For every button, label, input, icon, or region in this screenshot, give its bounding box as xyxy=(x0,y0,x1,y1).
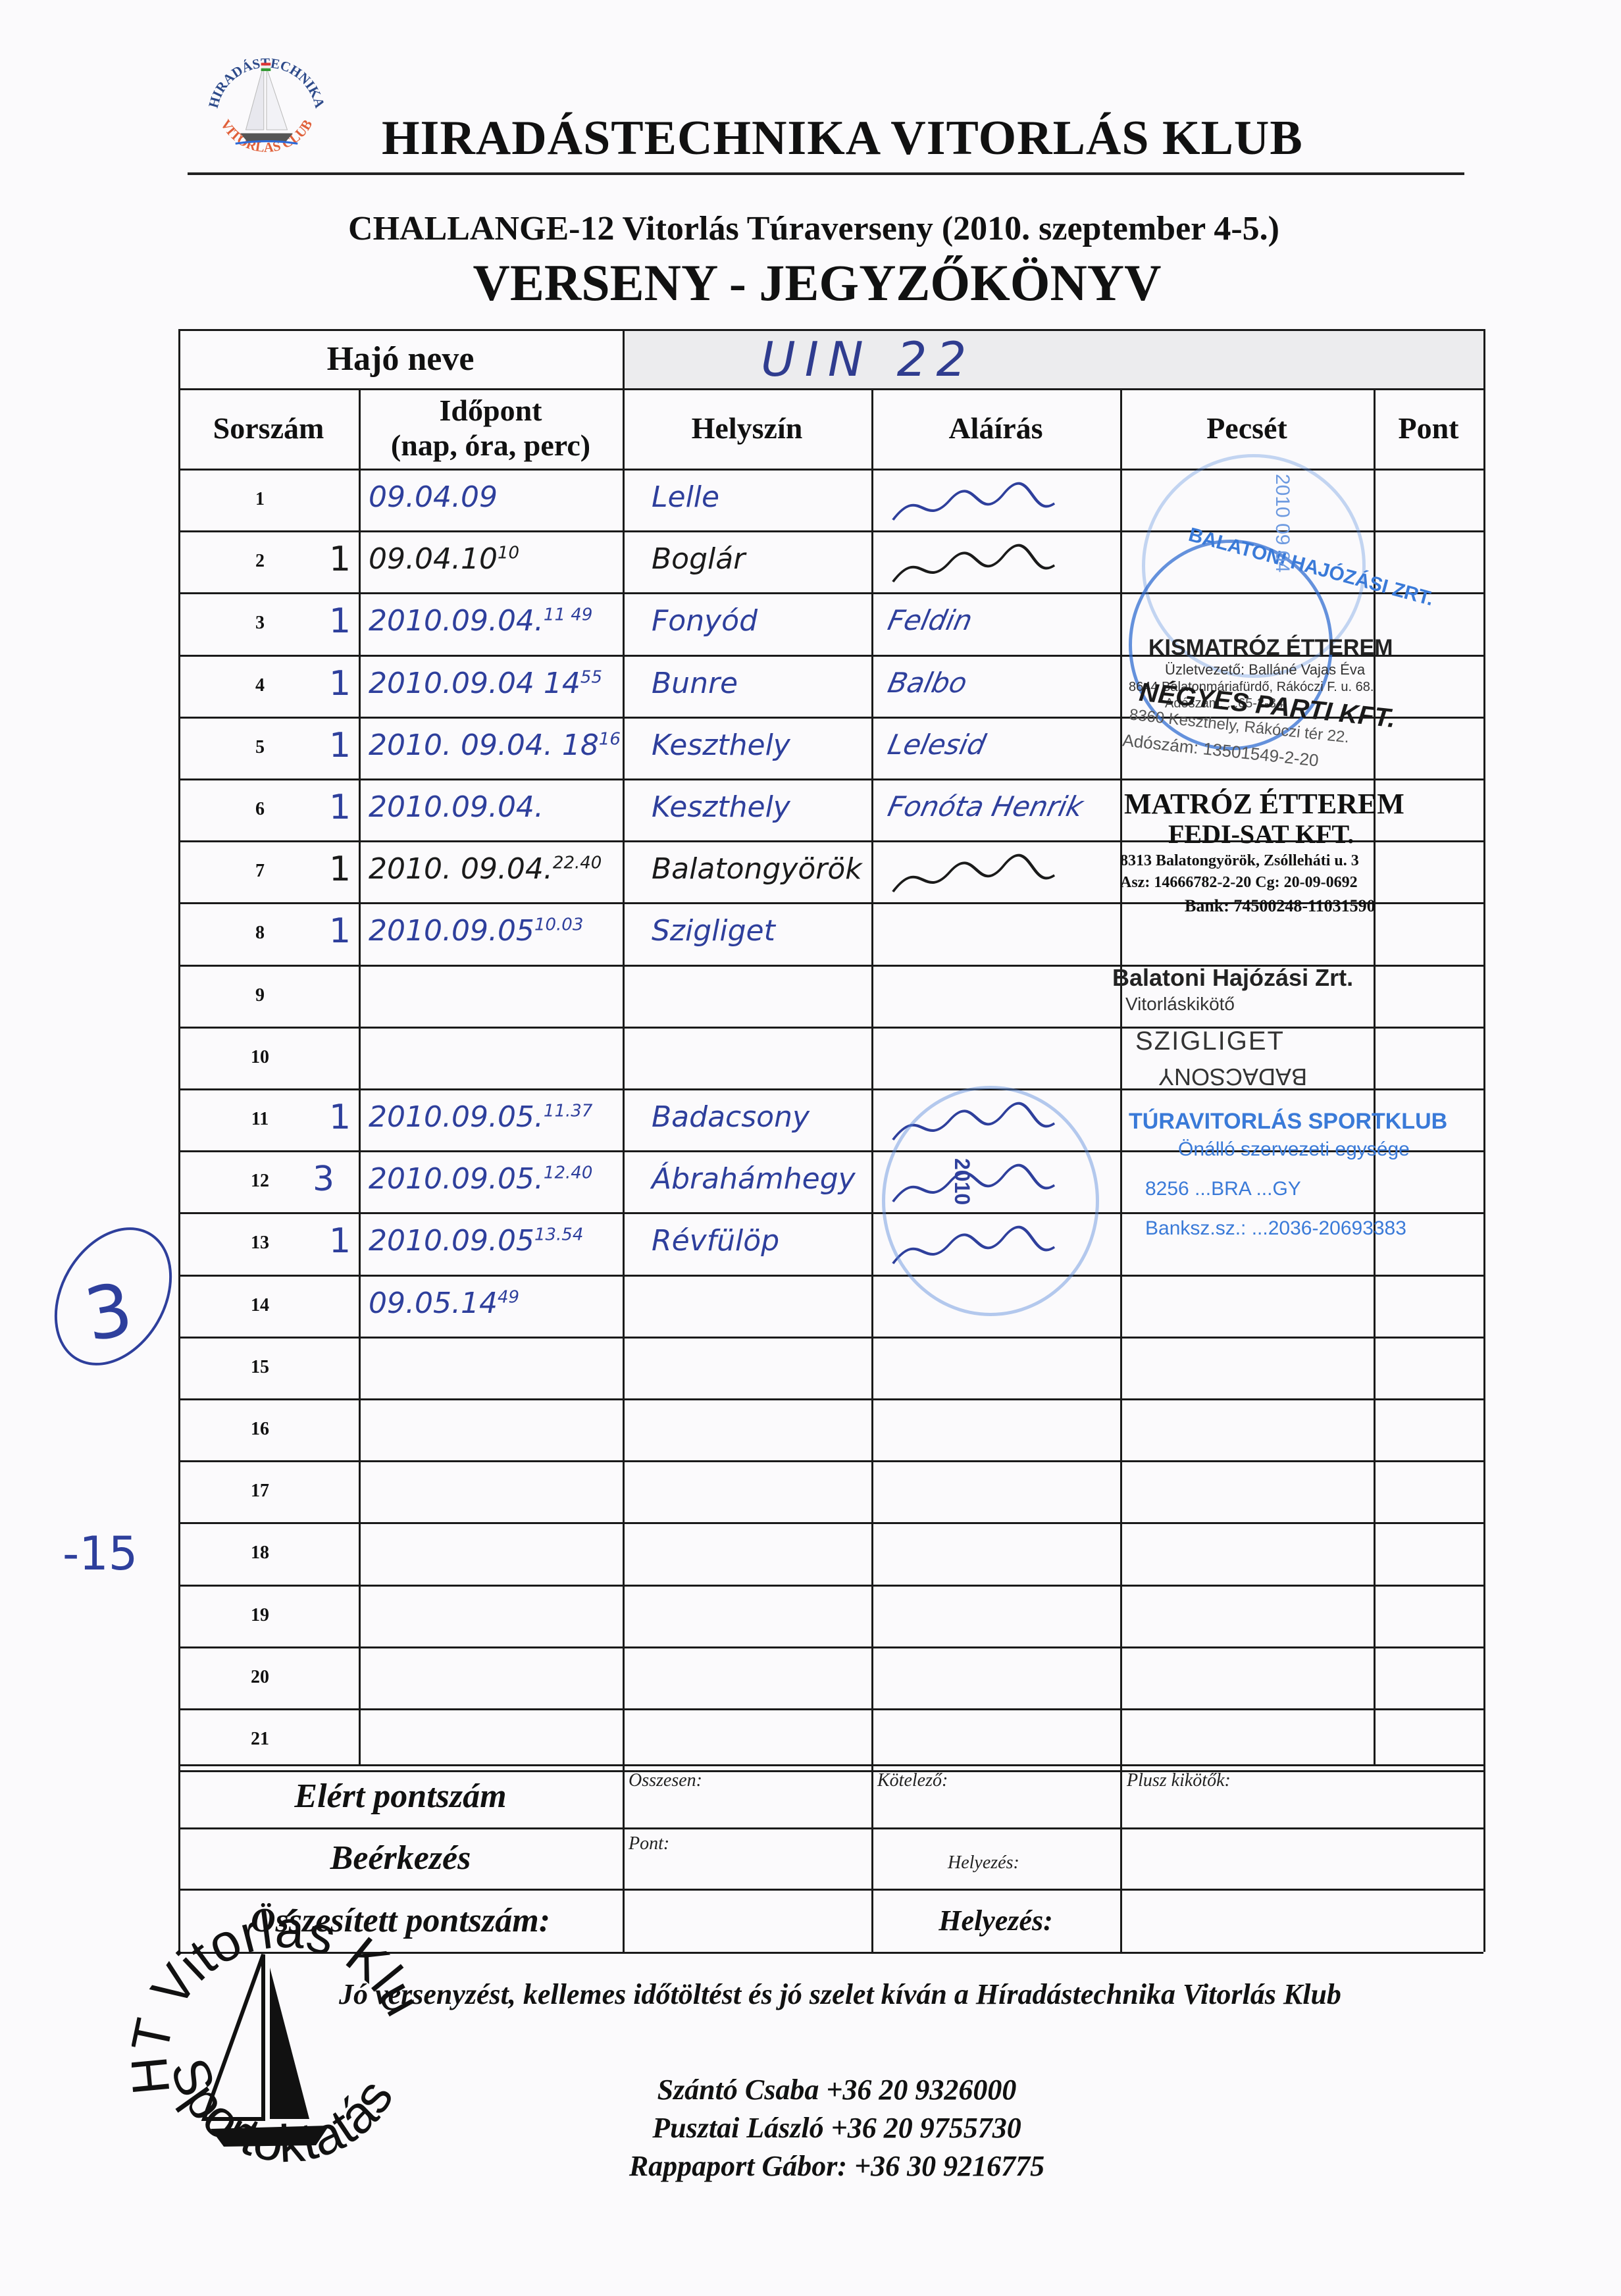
time-value: 2010. 09.04. 18 xyxy=(369,728,599,762)
row-number: 16 xyxy=(211,1398,309,1460)
column-header-number: Sorszám xyxy=(178,388,359,469)
row-number: 6 xyxy=(211,778,309,840)
boat-name-field[interactable]: UIN 22 xyxy=(623,329,1483,388)
zrt-stamp-sub: Vitorláskikötő xyxy=(1125,994,1235,1015)
boat-name-label: Hajó neve xyxy=(178,329,623,388)
event-title: CHALLANGE-12 Vitorlás Túraverseny (2010.… xyxy=(0,209,1621,248)
zrt-stamp-name: Balatoni Hajózási Zrt. xyxy=(1112,964,1353,992)
points-cell[interactable] xyxy=(1374,902,1483,964)
arrival-placing-field[interactable] xyxy=(871,1827,1483,1889)
location-cell[interactable]: Révfülöp xyxy=(652,1224,779,1258)
signature-cell[interactable]: Balbo xyxy=(885,667,970,699)
time-cell[interactable]: 2010.09.04.11 49 xyxy=(369,604,592,638)
time-minutes: 16 xyxy=(599,729,621,749)
row-number: 14 xyxy=(211,1275,309,1337)
time-cell[interactable]: 2010.09.05.11.37 xyxy=(369,1100,592,1134)
row-number: 12 xyxy=(211,1150,309,1212)
time-value: 2010.09.05 xyxy=(369,914,534,948)
time-cell[interactable]: 09.04.1010 xyxy=(369,542,519,576)
points-cell[interactable] xyxy=(1374,1646,1483,1708)
time-cell[interactable]: 2010.09.05.12.40 xyxy=(369,1162,592,1196)
grid-line xyxy=(1483,329,1485,1952)
signature-scribble-icon xyxy=(884,542,1066,595)
location-cell[interactable]: Badacsony xyxy=(652,1100,810,1134)
time-cell[interactable]: 2010.09.0510.03 xyxy=(369,914,583,948)
grid-line xyxy=(178,1398,1483,1400)
row-number: 3 xyxy=(211,592,309,654)
row-number: 13 xyxy=(211,1212,309,1274)
grid-line xyxy=(178,329,1483,331)
turaklub-stamp-sub: Önálló szervezeti egysége xyxy=(1178,1138,1410,1161)
time-value: 2010.09.04 14 xyxy=(369,667,580,700)
matroz-stamp-tax: Asz: 14666782-2-20 Cg: 20-09-0692 xyxy=(1120,874,1358,892)
turaklub-stamp-bank: Banksz.sz.: ...2036-20693383 xyxy=(1145,1217,1406,1240)
extra-ports-field[interactable] xyxy=(1120,1764,1483,1827)
sailboat-logo-icon: HIRADÁSTECHNIKA VITORLÁS CLUB xyxy=(197,30,336,168)
time-value: 09.04.10 xyxy=(369,542,498,576)
header-rule xyxy=(188,172,1464,175)
time-minutes: 10 xyxy=(498,544,519,563)
row-number: 18 xyxy=(211,1522,309,1584)
time-minutes: 10.03 xyxy=(534,915,583,935)
final-placing-field[interactable] xyxy=(1120,1889,1483,1952)
time-cell[interactable]: 2010. 09.04.22.40 xyxy=(369,852,602,886)
row-number: 9 xyxy=(211,965,309,1027)
arrival-label: Beérkezés xyxy=(178,1827,623,1889)
row-number: 11 xyxy=(211,1088,309,1150)
points-cell[interactable] xyxy=(1374,1337,1483,1398)
points-cell[interactable] xyxy=(1374,1708,1483,1770)
points-cell[interactable] xyxy=(1374,1522,1483,1584)
matroz-stamp-address: 8313 Balatongyörök, Zsólleháti u. 3 xyxy=(1120,852,1359,870)
grid-line xyxy=(178,1460,1483,1462)
column-header-signature: Aláírás xyxy=(871,388,1120,469)
turaklub-stamp-name: TÚRAVITORLÁS SPORTKLUB xyxy=(1129,1109,1447,1135)
row-mark: 1 xyxy=(329,540,351,579)
grid-line xyxy=(178,1337,1483,1339)
time-value: 2010. 09.04. xyxy=(369,852,553,886)
row-mark: 1 xyxy=(329,726,351,765)
badacsony-stamp: BADACSONY xyxy=(1158,1063,1307,1090)
grid-line xyxy=(178,1585,1483,1587)
location-cell[interactable]: Ábrahámhegy xyxy=(652,1162,856,1196)
final-points-field[interactable] xyxy=(623,1889,871,1952)
grid-line xyxy=(178,1212,1483,1214)
footer-wish: Jó versenyzést, kellemes időtöltést és j… xyxy=(0,1977,1621,2011)
grid-line xyxy=(178,1708,1483,1710)
penalty-annotation: -15 xyxy=(63,1527,138,1581)
row-number: 21 xyxy=(211,1708,309,1770)
location-cell[interactable]: Lelle xyxy=(652,480,719,514)
grid-line xyxy=(623,329,625,1952)
column-header-time: Időpont(nap, óra, perc) xyxy=(359,388,623,469)
row-mark: 1 xyxy=(329,1098,351,1137)
balatoni-hajozas-stamp-ring xyxy=(882,1086,1099,1316)
row-number: 10 xyxy=(211,1027,309,1088)
points-cell[interactable] xyxy=(1374,1585,1483,1646)
turaklub-stamp-address: 8256 ...BRA ...GY xyxy=(1145,1178,1301,1200)
contact-line: Rappaport Gábor: +36 30 9216775 xyxy=(0,2149,1621,2183)
time-value: 09.05.14 xyxy=(369,1287,498,1320)
kismatroz-stamp-manager: Üzletvezető: Balláné Vajas Éva xyxy=(1165,661,1365,678)
grid-line xyxy=(178,388,1483,390)
hajozasi-stamp-date: 2010 09 04 xyxy=(1271,474,1293,573)
row-mark: 1 xyxy=(329,850,351,889)
location-cell[interactable]: Fonyód xyxy=(652,604,758,638)
row-mark: 1 xyxy=(329,1221,351,1261)
column-header-location: Helyszín xyxy=(623,388,871,469)
points-cell[interactable] xyxy=(1374,1027,1483,1088)
location-cell[interactable]: Szigliget xyxy=(652,914,775,948)
row-number: 2 xyxy=(211,530,309,592)
time-minutes: 55 xyxy=(580,667,602,687)
time-value: 2010.09.04. xyxy=(369,604,544,638)
signature-cell[interactable]: Lelesid xyxy=(885,728,989,761)
grid-line xyxy=(178,1646,1483,1648)
time-value: 2010.09.05. xyxy=(369,1100,544,1134)
location-cell[interactable]: Keszthely xyxy=(652,790,790,824)
location-cell[interactable]: Boglár xyxy=(652,542,745,576)
row-mark: 1 xyxy=(329,664,351,703)
club-logo: HIRADÁSTECHNIKA VITORLÁS CLUB xyxy=(197,30,336,168)
signature-cell[interactable]: Fonóta Henrik xyxy=(885,790,1086,823)
points-cell[interactable] xyxy=(1374,965,1483,1027)
zrt-stamp-place: SZIGLIGET xyxy=(1135,1027,1285,1056)
signature-scribble-icon xyxy=(884,480,1066,533)
kismatroz-stamp-title: KISMATRÓZ ÉTTEREM xyxy=(1148,635,1393,661)
total-points-field[interactable] xyxy=(623,1764,871,1827)
points-cell[interactable] xyxy=(1374,840,1483,902)
row-number: 8 xyxy=(211,902,309,964)
grid-line xyxy=(178,778,1483,780)
time-minutes: 22.40 xyxy=(553,854,602,873)
time-minutes: 11 49 xyxy=(544,605,592,625)
time-minutes: 13.54 xyxy=(534,1225,583,1245)
signature-scribble-icon xyxy=(884,852,1066,905)
grid-line xyxy=(178,1522,1483,1524)
boat-name-value: UIN 22 xyxy=(761,332,975,387)
contact-line: Szántó Csaba +36 20 9326000 xyxy=(0,2073,1621,2106)
time-value: 09.04.09 xyxy=(369,480,498,514)
arrival-point-field[interactable] xyxy=(623,1827,871,1889)
row-number: 15 xyxy=(211,1337,309,1398)
location-cell[interactable]: Balatongyörök xyxy=(652,852,862,886)
column-header-points: Pont xyxy=(1374,388,1483,469)
time-cell[interactable]: 09.04.09 xyxy=(369,480,498,514)
row-mark: 1 xyxy=(329,911,351,951)
row-number: 5 xyxy=(211,717,309,778)
matroz-stamp-company: FEDI-SAT KFT. xyxy=(1168,819,1354,850)
time-value: 2010.09.05. xyxy=(369,1162,544,1196)
grid-line xyxy=(178,1027,1483,1029)
signature-cell[interactable]: Feldin xyxy=(885,604,975,636)
time-cell[interactable]: 09.05.1449 xyxy=(369,1287,519,1320)
row-number: 4 xyxy=(211,655,309,717)
time-cell[interactable]: 2010.09.0513.54 xyxy=(369,1224,583,1258)
club-name: HIRADÁSTECHNIKA VITORLÁS KLUB xyxy=(382,111,1303,166)
points-cell[interactable] xyxy=(1374,1275,1483,1337)
time-minutes: 12.40 xyxy=(544,1163,592,1183)
points-cell[interactable] xyxy=(1374,469,1483,530)
grid-line xyxy=(1120,388,1122,1952)
location-cell[interactable]: Bunre xyxy=(652,667,738,700)
row-number: 17 xyxy=(211,1460,309,1522)
final-placing-label: Helyezés: xyxy=(871,1889,1120,1952)
row-number: 19 xyxy=(211,1585,309,1646)
row-number: 7 xyxy=(211,840,309,902)
time-cell[interactable]: 2010.09.04. xyxy=(369,790,544,824)
mandatory-points-field[interactable] xyxy=(871,1764,1120,1827)
points-cell[interactable] xyxy=(1374,1398,1483,1460)
row-number: 1 xyxy=(211,469,309,530)
grid-line xyxy=(871,388,873,1952)
grid-line xyxy=(359,388,361,1764)
contact-line: Pusztai László +36 20 9755730 xyxy=(0,2111,1621,2145)
matroz-stamp-bank: Bank: 74500248-11031590 xyxy=(1185,896,1376,916)
points-cell[interactable] xyxy=(1374,1460,1483,1522)
row-mark: 3 xyxy=(313,1160,334,1199)
row-mark: 1 xyxy=(329,788,351,827)
time-cell[interactable]: 2010.09.04 1455 xyxy=(369,667,602,700)
time-value: 2010.09.04. xyxy=(369,790,544,824)
matroz-stamp-title: MATRÓZ ÉTTEREM xyxy=(1124,787,1404,821)
row-number: 20 xyxy=(211,1646,309,1708)
row-mark: 1 xyxy=(329,601,351,641)
document-title: VERSENY - JEGYZŐKÖNYV xyxy=(0,253,1621,313)
reached-points-label: Elért pontszám xyxy=(178,1764,623,1827)
time-value: 2010.09.05 xyxy=(369,1224,534,1258)
time-cell[interactable]: 2010. 09.04. 1816 xyxy=(369,728,619,762)
grid-line xyxy=(178,329,180,1952)
time-minutes: 49 xyxy=(498,1287,519,1307)
time-minutes: 11.37 xyxy=(544,1101,592,1121)
location-cell[interactable]: Keszthely xyxy=(652,728,790,762)
balatoni-hajozas-stamp-date: 2010 xyxy=(950,1158,974,1205)
grid-line xyxy=(178,1275,1483,1277)
